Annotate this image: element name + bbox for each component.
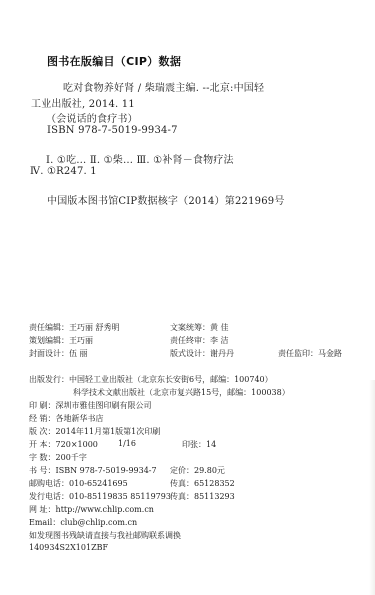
website-link[interactable]: http://www.chlip.com.cn [56,505,154,514]
word-count-row: 字 数：200千字 [29,452,87,463]
publisher-row-2: 科学技术文献出版社（北京市复兴路15号，邮编：100038） [73,387,290,398]
fax-label: 传真： [170,479,194,488]
printer-value: 深圳市雅佳图印刷有限公司 [56,401,152,410]
mail-order-phone-label: 邮购电话： [29,479,69,488]
cip-series-line: （会说话的食疗书） [46,110,138,125]
distributor-value: 各地新华书店 [56,414,104,423]
credit-layout-design: 版式设计：谢丹丹 [170,348,234,359]
cip-title-line: 吃对食物养好肾 / 柴瑞震主编. --北京:中国轻 [63,79,264,94]
price-label: 定价： [170,466,194,475]
fax-value: 85113293 [194,492,235,501]
isbn-value: ISBN 978-7-5019-9934-7 [56,466,157,475]
cip-approval-number: 中国版本图书馆CIP数据核字（2014）第221969号 [47,192,285,207]
credit-cover-design: 封面设计：伍 丽 [29,348,88,359]
website-row: 网 址：http://www.chlip.com.cn [29,504,154,515]
price-row: 定价：29.80元 [170,465,225,476]
replacement-notice: 如发现图书残缺请直接与我社邮购联系调换 [29,530,181,541]
website-label: 网 址： [29,505,56,514]
isbn-label: 书 号： [29,466,56,475]
distribution-phone-row: 发行电话：010-85119835 85119793 [29,491,171,502]
credit-value: 王巧丽 [69,336,93,345]
publisher-row: 出版发行：中国轻工业出版社（北京东长安街6号，邮编：100740） [29,374,273,385]
word-count-value: 200千字 [56,453,87,462]
distribution-phone-value: 010-85119835 85119793 [69,492,171,501]
format-value: 720×1000 [56,440,98,449]
credit-value: 谢丹丹 [210,349,234,358]
credit-value: 王巧丽 舒秀明 [69,323,120,332]
sheets-row: 印张：14 [182,439,216,450]
email-label: Email： [29,518,60,527]
fax-label: 传真： [170,492,194,501]
cip-isbn-line: ISBN 978-7-5019-9934-7 [47,125,178,136]
credit-label: 策划编辑： [29,336,69,345]
mail-order-phone-value: 010-65241695 [69,479,128,488]
format-row: 开 本：720×1000 [29,439,98,450]
credit-copywriting: 文案统筹：黄 佳 [170,322,229,333]
credit-final-review: 责任终审：李 洁 [170,335,229,346]
fax-row-2: 传真：85113293 [170,491,235,502]
format-label: 开 本： [29,440,56,449]
email-row: Email：club@chlip.com.cn [29,517,137,528]
publisher-label: 出版发行： [29,375,69,384]
credit-planning-editor: 策划编辑：王巧丽 [29,335,93,346]
fax-row-1: 传真：65128352 [170,478,235,489]
publisher-value: 中国轻工业出版社（北京东长安街6号，邮编：100740） [69,375,273,384]
credit-label: 责任编辑： [29,323,69,332]
isbn-row: 书 号：ISBN 978-7-5019-9934-7 [29,465,157,476]
credit-label: 版式设计： [170,349,210,358]
credit-label: 文案统筹： [170,323,210,332]
cip-publisher-line: 工业出版社, 2014. 11 [31,95,135,110]
credit-editor: 责任编辑：王巧丽 舒秀明 [29,322,120,333]
credit-value: 李 洁 [210,336,229,345]
edition-value: 2014年11月第1版第1次印刷 [56,427,161,436]
edition-label: 版 次： [29,427,56,436]
price-value: 29.80元 [194,466,225,475]
credit-value: 黄 佳 [210,323,229,332]
distributor-label: 经 销： [29,414,56,423]
print-code: 140934S2X101ZBF [29,543,108,552]
edition-row: 版 次：2014年11月第1版第1次印刷 [29,426,160,437]
distributor-row: 经 销：各地新华书店 [29,413,104,424]
credit-label: 封面设计： [29,349,69,358]
format-fraction: 1/16 [118,439,136,448]
sheets-label: 印张： [182,440,206,449]
credit-print-supervisor: 责任监印：马金路 [278,348,342,359]
sheets-value: 14 [206,440,216,449]
credit-label: 责任终审： [170,336,210,345]
cip-classification-line-2: Ⅳ. ①R247. 1 [30,166,97,177]
distribution-phone-label: 发行电话： [29,492,69,501]
printer-label: 印 刷： [29,401,56,410]
cip-heading: 图书在版编目（CIP）数据 [47,53,181,69]
credit-value: 马金路 [318,349,342,358]
mail-order-phone-row: 邮购电话：010-65241695 [29,478,128,489]
credit-value: 伍 丽 [69,349,88,358]
credit-label: 责任监印： [278,349,318,358]
printer-row: 印 刷：深圳市雅佳图印刷有限公司 [29,400,152,411]
fax-value: 65128352 [194,479,235,488]
email-link[interactable]: club@chlip.com.cn [60,518,137,527]
cip-classification-line: Ⅰ. ①吃… Ⅱ. ①柴… Ⅲ. ①补肾－食物疗法 [46,151,234,166]
page-edge-shadow [369,380,375,595]
word-count-label: 字 数： [29,453,56,462]
